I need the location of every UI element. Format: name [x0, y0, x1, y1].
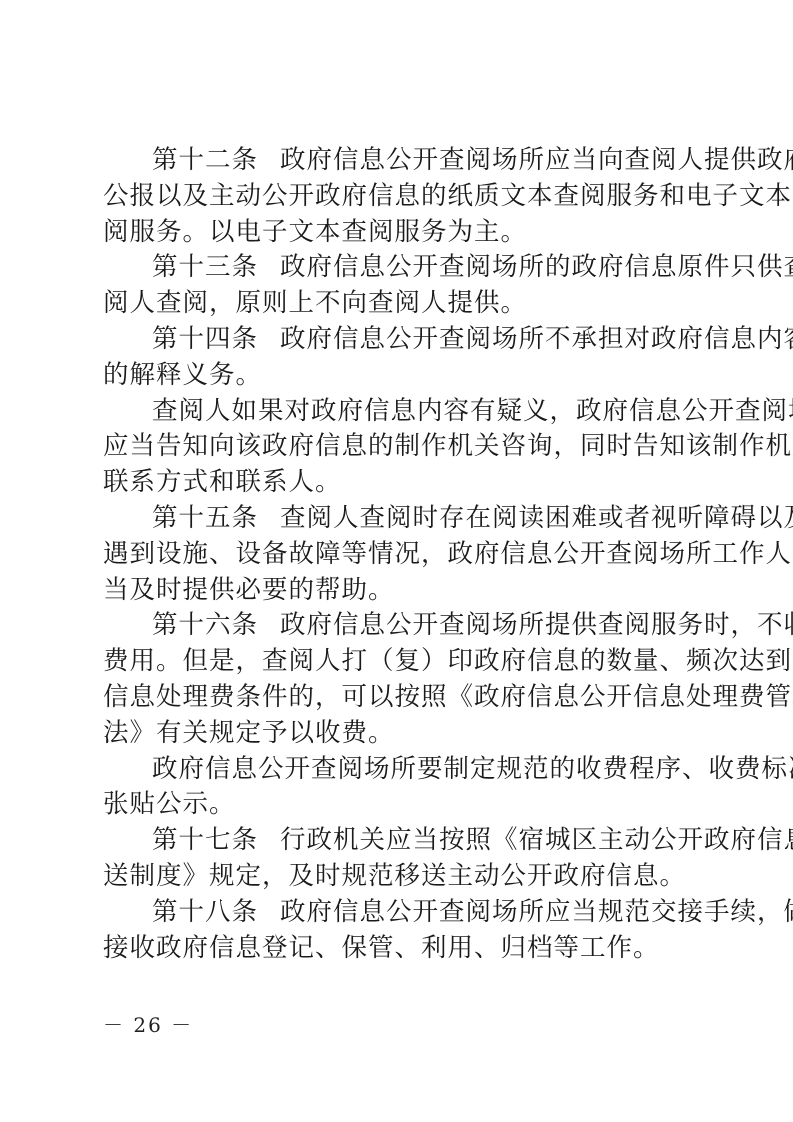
text-line: 公报以及主动公开政府信息的纸质文本查阅服务和电子文本查: [103, 179, 703, 215]
text-line: 法》有关规定予以收费。: [103, 716, 703, 752]
article-heading: 第十三条: [152, 252, 258, 282]
text-line: 张贴公示。: [103, 787, 703, 823]
text-line: 联系方式和联系人。: [103, 465, 703, 501]
line-text: 行政机关应当按照《宿城区主动公开政府信息移: [280, 825, 793, 855]
text-line: 第十八条政府信息公开查阅场所应当规范交接手续，做好: [103, 895, 703, 931]
text-line: 第十五条查阅人查阅时存在阅读困难或者视听障碍以及: [103, 501, 703, 537]
line-text: 政府信息公开查阅场所应当规范交接手续，做好: [280, 897, 793, 927]
text-line: 政府信息公开查阅场所要制定规范的收费程序、收费标准并: [103, 752, 703, 788]
document-body: 第十二条政府信息公开查阅场所应当向查阅人提供政府 公报以及主动公开政府信息的纸质…: [103, 143, 703, 966]
article-heading: 第十八条: [152, 897, 258, 927]
article-heading: 第十五条: [152, 503, 258, 533]
text-line: 送制度》规定，及时规范移送主动公开政府信息。: [103, 859, 703, 895]
text-line: 遇到设施、设备故障等情况，政府信息公开查阅场所工作人员应: [103, 537, 703, 573]
line-text: 政府信息公开查阅场所应当向查阅人提供政府: [280, 145, 793, 175]
line-text: 查阅人查阅时存在阅读困难或者视听障碍以及: [280, 503, 793, 533]
text-line: 的解释义务。: [103, 358, 703, 394]
text-line: 接收政府信息登记、保管、利用、归档等工作。: [103, 931, 703, 967]
article-heading: 第十四条: [152, 324, 258, 354]
text-line: 第十四条政府信息公开查阅场所不承担对政府信息内容: [103, 322, 703, 358]
line-text: 政府信息公开查阅场所提供查阅服务时，不收取: [280, 610, 793, 640]
article-heading: 第十六条: [152, 610, 258, 640]
line-text: 政府信息公开查阅场所不承担对政府信息内容: [280, 324, 793, 354]
text-line: 信息处理费条件的，可以按照《政府信息公开信息处理费管理办: [103, 680, 703, 716]
text-line: 当及时提供必要的帮助。: [103, 573, 703, 609]
article-heading: 第十二条: [152, 145, 258, 175]
text-line: 费用。但是，查阅人打（复）印政府信息的数量、频次达到收取: [103, 644, 703, 680]
text-line: 第十三条政府信息公开查阅场所的政府信息原件只供查: [103, 250, 703, 286]
text-line: 查阅人如果对政府信息内容有疑义，政府信息公开查阅场所: [103, 394, 703, 430]
text-line: 阅人查阅，原则上不向查阅人提供。: [103, 286, 703, 322]
line-text: 政府信息公开查阅场所的政府信息原件只供查: [280, 252, 793, 282]
text-line: 阅服务。以电子文本查阅服务为主。: [103, 215, 703, 251]
page-number: － 26 －: [103, 1009, 193, 1038]
text-line: 第十六条政府信息公开查阅场所提供查阅服务时，不收取: [103, 608, 703, 644]
article-heading: 第十七条: [152, 825, 258, 855]
text-line: 应当告知向该政府信息的制作机关咨询，同时告知该制作机关的: [103, 429, 703, 465]
text-line: 第十二条政府信息公开查阅场所应当向查阅人提供政府: [103, 143, 703, 179]
text-line: 第十七条行政机关应当按照《宿城区主动公开政府信息移: [103, 823, 703, 859]
